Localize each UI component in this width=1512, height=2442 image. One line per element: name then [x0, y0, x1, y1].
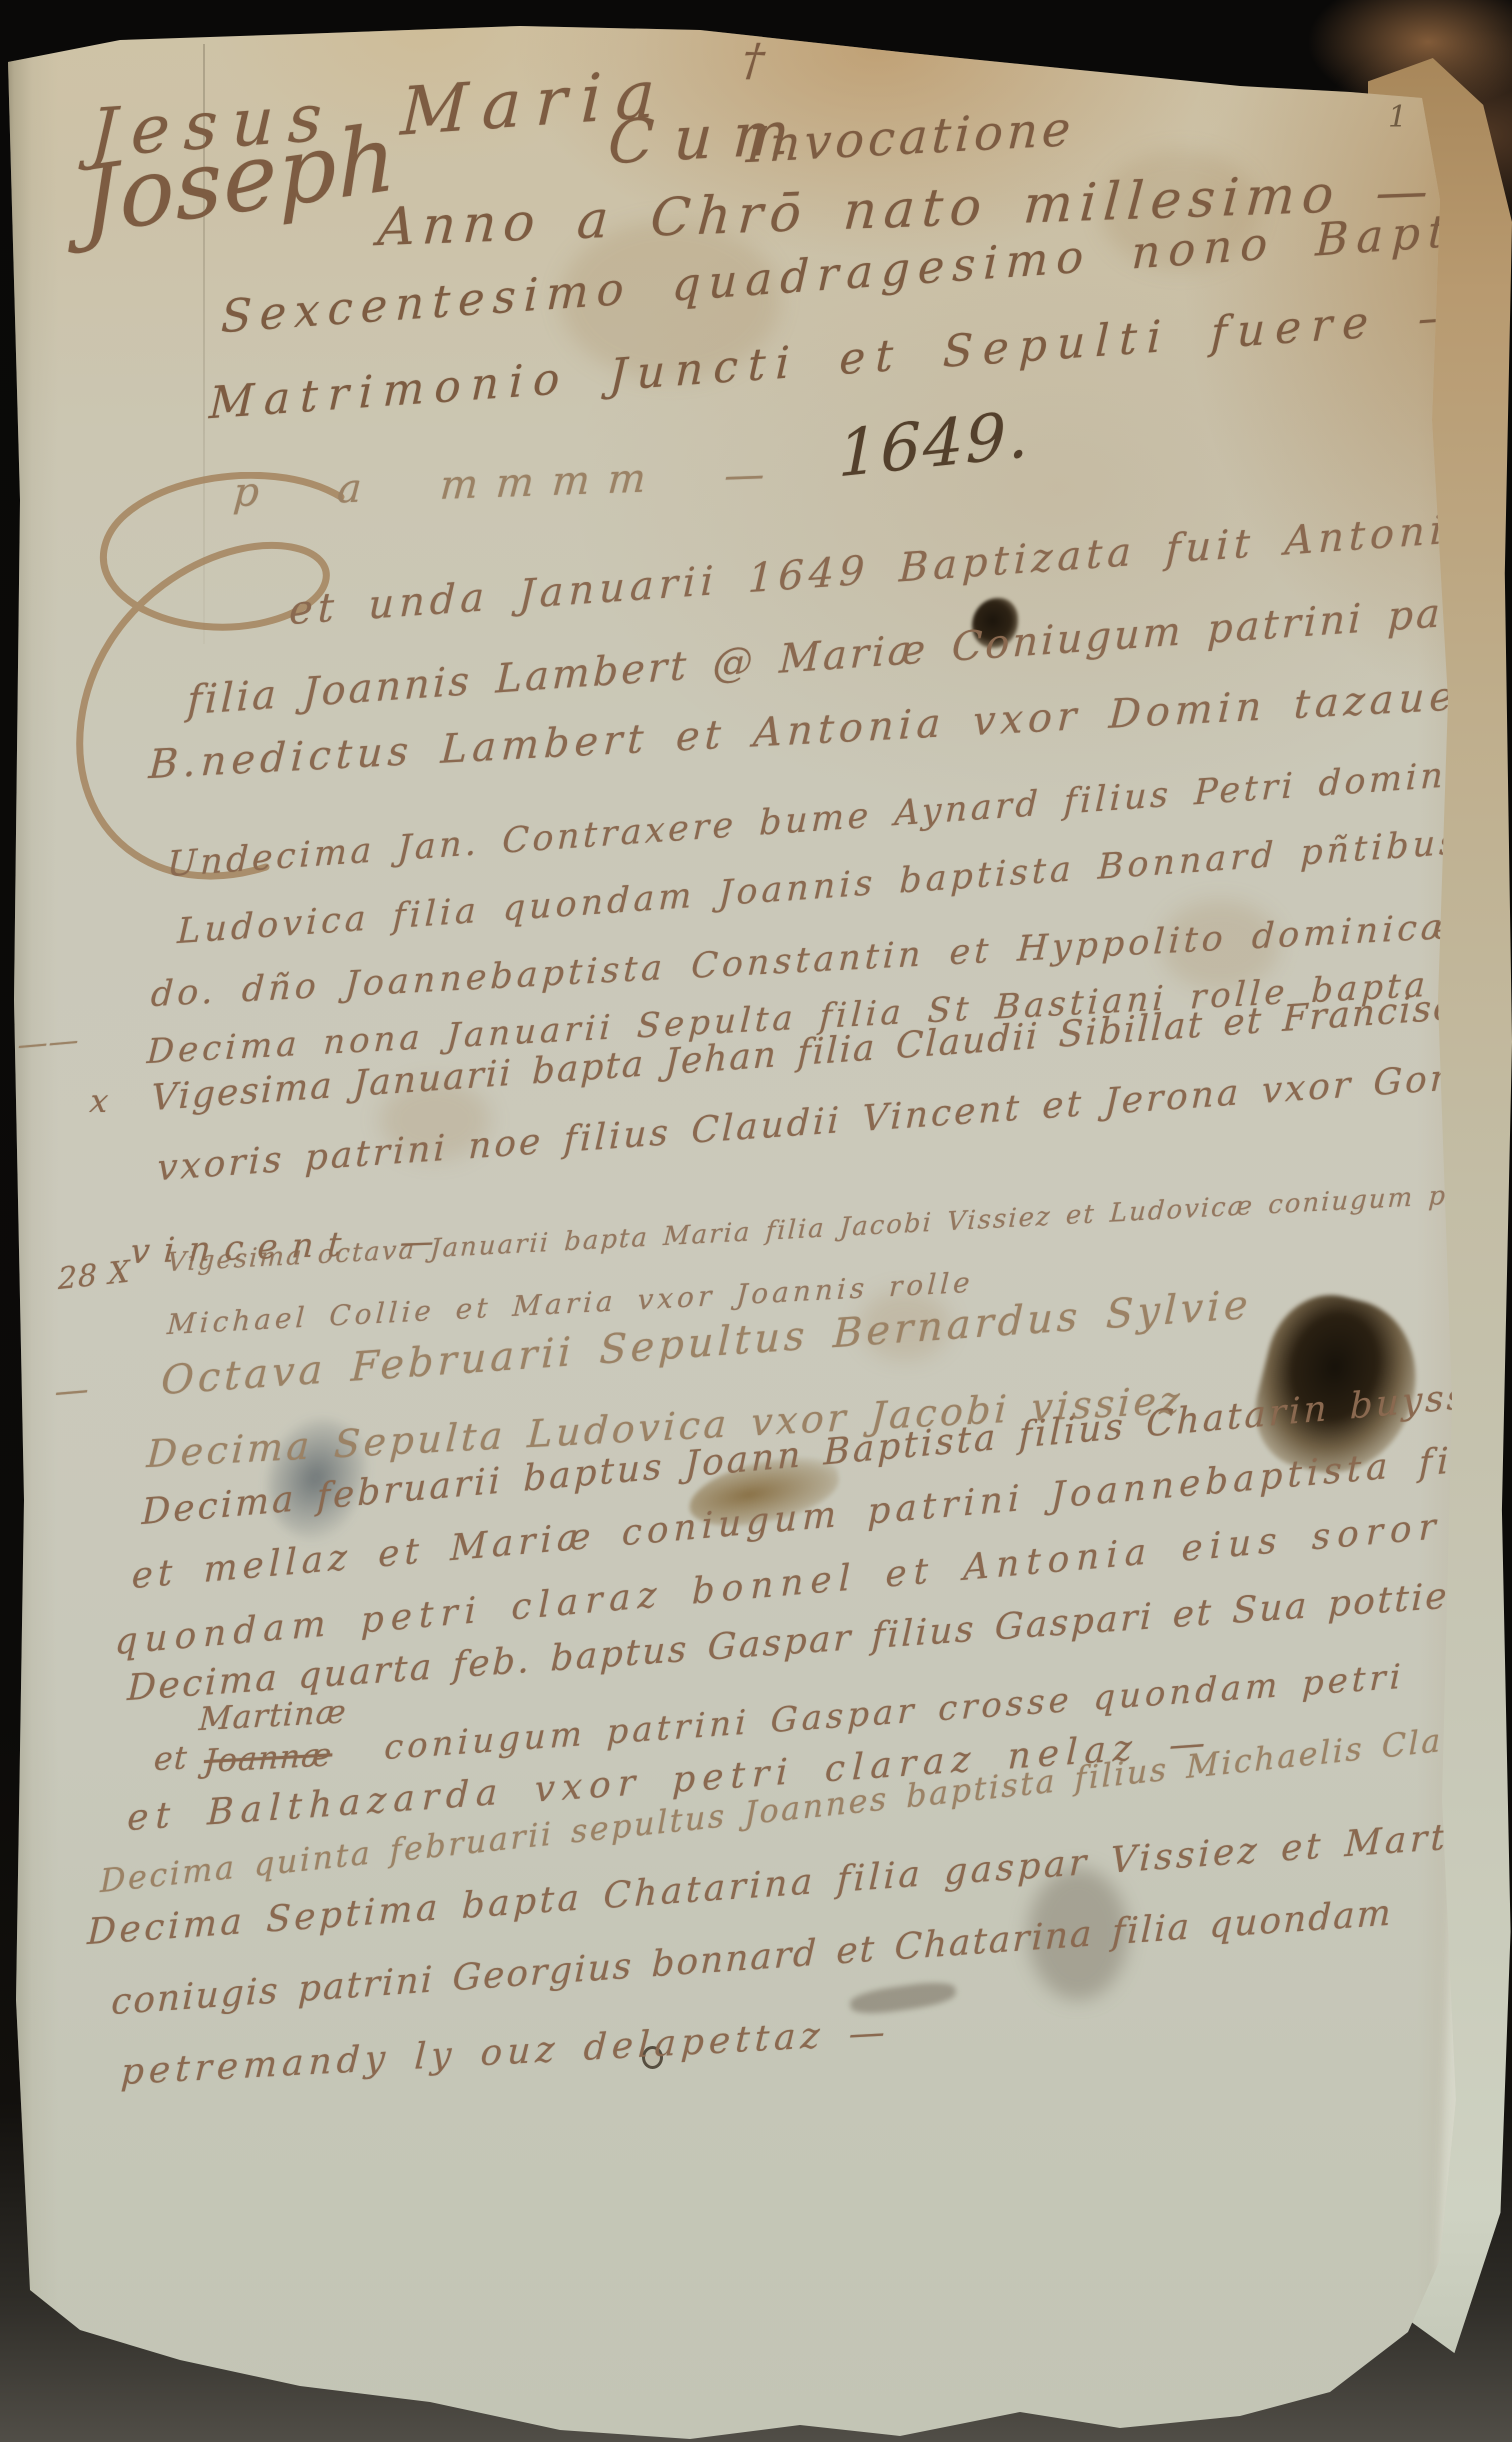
margin-mark-28x: 28 X: [58, 1254, 131, 1297]
entry11-line3: petremandy ly ouz delapettaz —: [120, 2012, 891, 2093]
page-number: 1: [1388, 100, 1407, 135]
handwritten-text-layer: Jesus MariaCum†InvocationeJosephAnno a C…: [0, 0, 1512, 2442]
invocation-cross: †: [740, 35, 768, 86]
photograph-of-manuscript: { "document": { "title": "Parish registe…: [0, 0, 1512, 2442]
manuscript-page: Jesus MariaCum†InvocationeJosephAnno a C…: [0, 0, 1512, 2442]
entry9-interline-correction: Martinæ: [198, 1692, 348, 1738]
margin-dash-1: ——: [17, 1023, 79, 1064]
pen-trial: p a mmmm —: [232, 451, 784, 516]
entry9-line2-et: et: [153, 1738, 189, 1778]
entry9-struck-word: Joannæ: [203, 1735, 333, 1780]
margin-dash-2: —: [54, 1369, 90, 1412]
margin-mark-x: x: [88, 1082, 111, 1120]
year-1649: 1649.: [838, 398, 1030, 493]
